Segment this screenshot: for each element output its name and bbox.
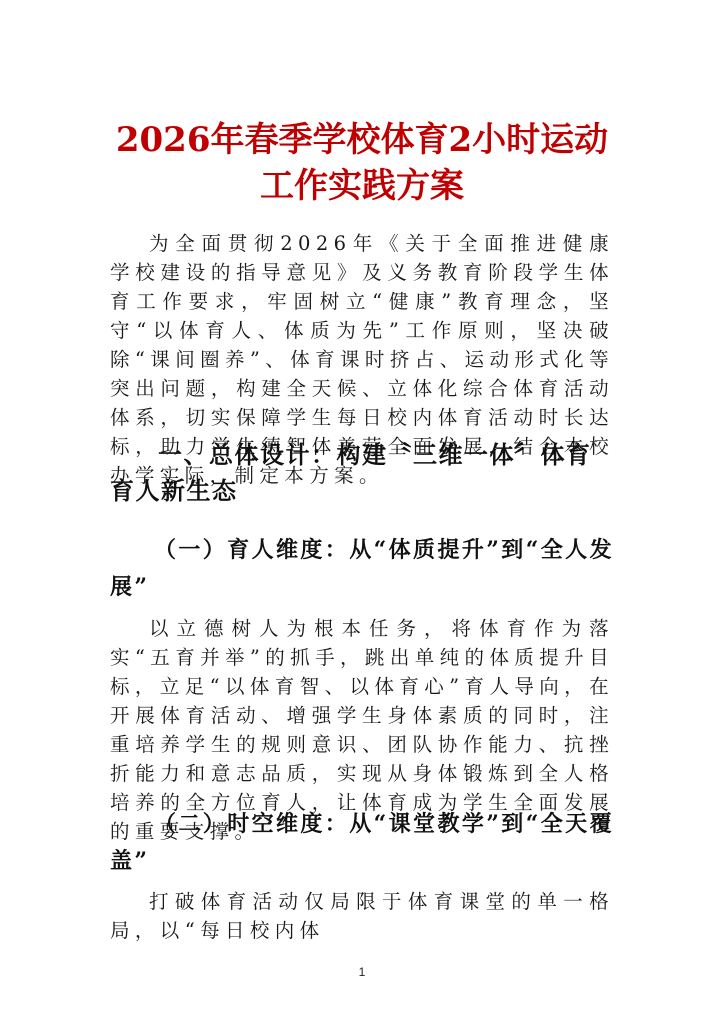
page-number: 1: [0, 965, 724, 979]
subsection-heading-1-1: （一）育人维度：从“体质提升”到“全人发展”: [110, 532, 614, 606]
document-title-line-1: 2026年春季学校体育2小时运动: [0, 117, 724, 163]
subsection-heading-1-2: （二）时空维度：从“课堂教学”到“全天覆盖”: [110, 806, 614, 880]
document-page: 2026年春季学校体育2小时运动 工作实践方案 为全面贯彻2026年《关于全面推…: [0, 0, 724, 1024]
subsection-paragraph-1-2: 打破体育活动仅局限于体育课堂的单一格局，以“每日校内体: [110, 887, 614, 945]
document-title-line-2: 工作实践方案: [0, 163, 724, 209]
section-heading-1: 一、总体设计：构建〝三维一体〞体育育人新生态: [110, 437, 614, 509]
